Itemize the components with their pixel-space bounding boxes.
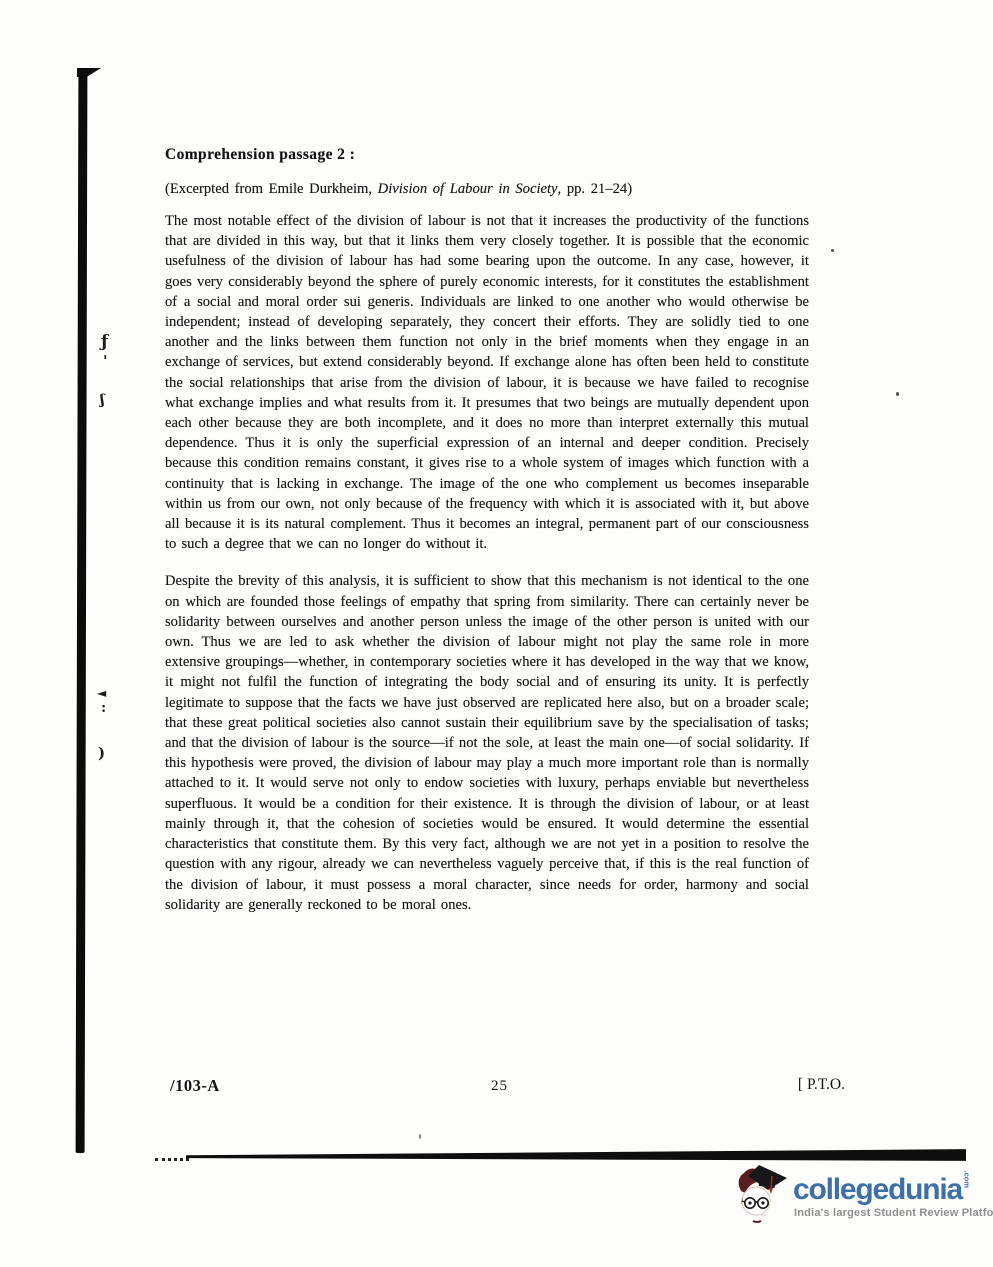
booklet-code: /103-A (170, 1076, 220, 1096)
scan-speck (896, 392, 899, 396)
scan-spine-bar (76, 70, 88, 1153)
passage-citation: (Excerpted from Emile Durkheim, Division… (165, 181, 809, 198)
citation-book-title: Division of Labour in Society (378, 181, 558, 197)
page-footer: /103-A 25 [ P.T.O. (165, 1076, 845, 1100)
page-number: 25 (491, 1078, 508, 1095)
brand-tld: .com (962, 1171, 971, 1181)
scan-spine-hook (77, 68, 101, 77)
passage-paragraph-1: The most notable effect of the division … (165, 211, 809, 554)
pto-label: [ P.T.O. (798, 1076, 845, 1094)
citation-suffix: , pp. 21–24) (558, 181, 633, 197)
margin-stray-mark: ) (98, 744, 105, 762)
margin-stray-mark: ʃ (100, 392, 105, 408)
passage-paragraph-2: Despite the brevity of this analysis, it… (165, 571, 809, 914)
brand-tagline: India's largest Student Review Platform (794, 1207, 993, 1219)
margin-stray-mark: ◄ (97, 686, 106, 700)
margin-stray-mark: ƒ (101, 332, 108, 352)
scan-speck (831, 249, 834, 252)
scan-bottom-dashes (155, 1155, 189, 1161)
collegedunia-logo: collegedunia.com India's largest Student… (735, 1161, 975, 1246)
scanned-exam-page: ƒ ' ʃ ◄ : ) Comprehension passage 2 : (E… (0, 0, 993, 1267)
passage-content: Comprehension passage 2 : (Excerpted fro… (165, 146, 809, 932)
margin-stray-mark: ' (103, 352, 108, 370)
citation-prefix: (Excerpted from Emile Durkheim, (165, 181, 378, 197)
brand-text: collegedunia (793, 1173, 962, 1206)
collegedunia-mascot-icon (735, 1163, 791, 1236)
passage-heading: Comprehension passage 2 : (165, 146, 809, 164)
scan-bottom-edge (186, 1148, 966, 1162)
margin-stray-mark: : (101, 700, 106, 716)
scan-speck (419, 1134, 421, 1139)
collegedunia-wordmark: collegedunia.com (793, 1173, 972, 1207)
